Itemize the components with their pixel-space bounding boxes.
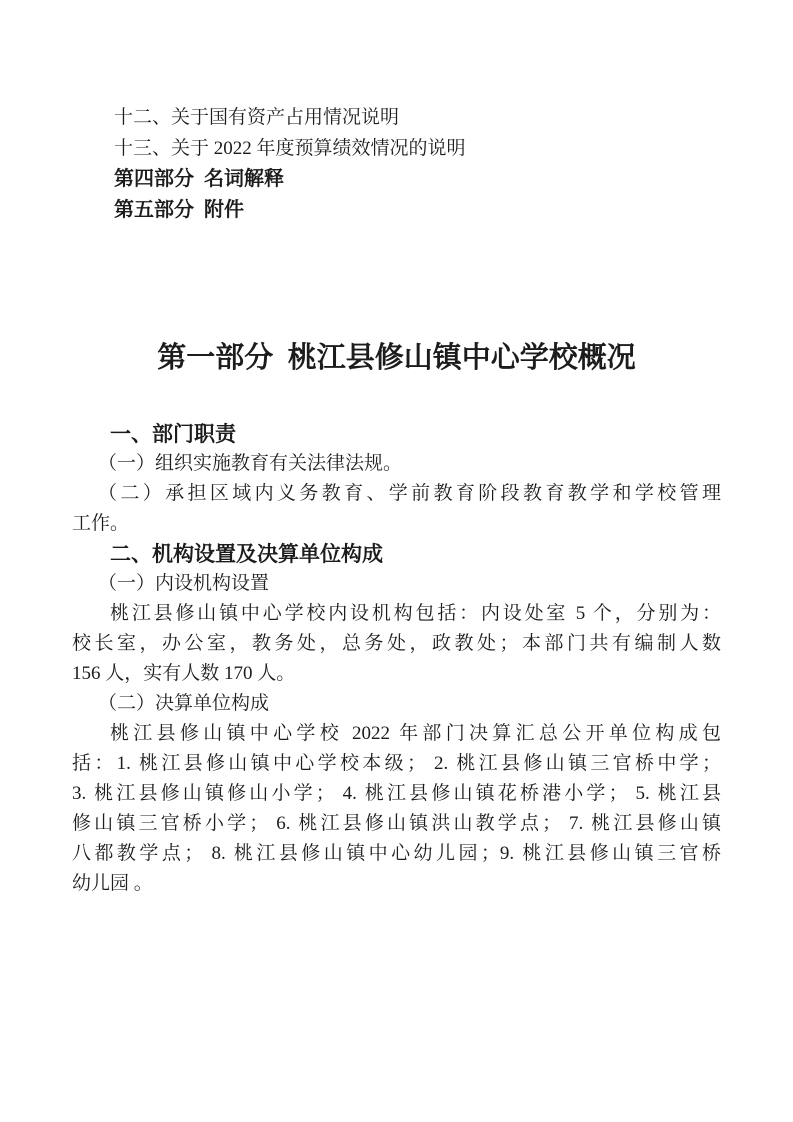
document-content: 十二、关于国有资产占用情况说明十三、关于 2022 年度预算绩效情况的说明第四部… — [0, 0, 793, 899]
body-line: （二）承担区域内义务教育、学前教育阶段教育教学和学校管理 — [72, 479, 721, 509]
toc-line: 第四部分 名词解释 — [72, 164, 721, 195]
body-line: 桃江县修山镇中心学校 2022 年部门决算汇总公开单位构成包 — [72, 719, 721, 749]
body-line: （二）决算单位构成 — [72, 689, 721, 719]
body-line: （一）组织实施教育有关法律法规。 — [72, 449, 721, 479]
body-line: 工作。 — [72, 509, 721, 539]
table-of-contents: 十二、关于国有资产占用情况说明十三、关于 2022 年度预算绩效情况的说明第四部… — [72, 0, 721, 226]
body-line: 二、机构设置及决算单位构成 — [72, 539, 721, 569]
body-line: 校长室，办公室，教务处，总务处，政教处；本部门共有编制人数 — [72, 629, 721, 659]
body-line: （一）内设机构设置 — [72, 569, 721, 599]
body-line: 八都教学点； 8. 桃江县修山镇中心幼儿园；9. 桃江县修山镇三官桥 — [72, 839, 721, 869]
toc-line: 十二、关于国有资产占用情况说明 — [72, 102, 721, 133]
body-line: 桃江县修山镇中心学校内设机构包括：内设处室 5 个，分别为： — [72, 599, 721, 629]
body-line: 一、部门职责 — [72, 419, 721, 449]
body-text: 一、部门职责（一）组织实施教育有关法律法规。（二）承担区域内义务教育、学前教育阶… — [72, 419, 721, 899]
body-line: 156 人，实有人数 170 人。 — [72, 659, 721, 689]
body-line: 修山镇三官桥小学； 6. 桃江县修山镇洪山教学点； 7. 桃江县修山镇 — [72, 809, 721, 839]
body-line: 括：1. 桃江县修山镇中心学校本级； 2. 桃江县修山镇三官桥中学； — [72, 749, 721, 779]
body-line: 幼儿园 。 — [72, 869, 721, 899]
toc-line: 十三、关于 2022 年度预算绩效情况的说明 — [72, 133, 721, 164]
body-line: 3. 桃江县修山镇修山小学； 4. 桃江县修山镇花桥港小学； 5. 桃江县 — [72, 779, 721, 809]
part-title: 第一部分 桃江县修山镇中心学校概况 — [72, 337, 721, 379]
toc-line: 第五部分 附件 — [72, 195, 721, 226]
document-page: 十二、关于国有资产占用情况说明十三、关于 2022 年度预算绩效情况的说明第四部… — [0, 0, 793, 1122]
